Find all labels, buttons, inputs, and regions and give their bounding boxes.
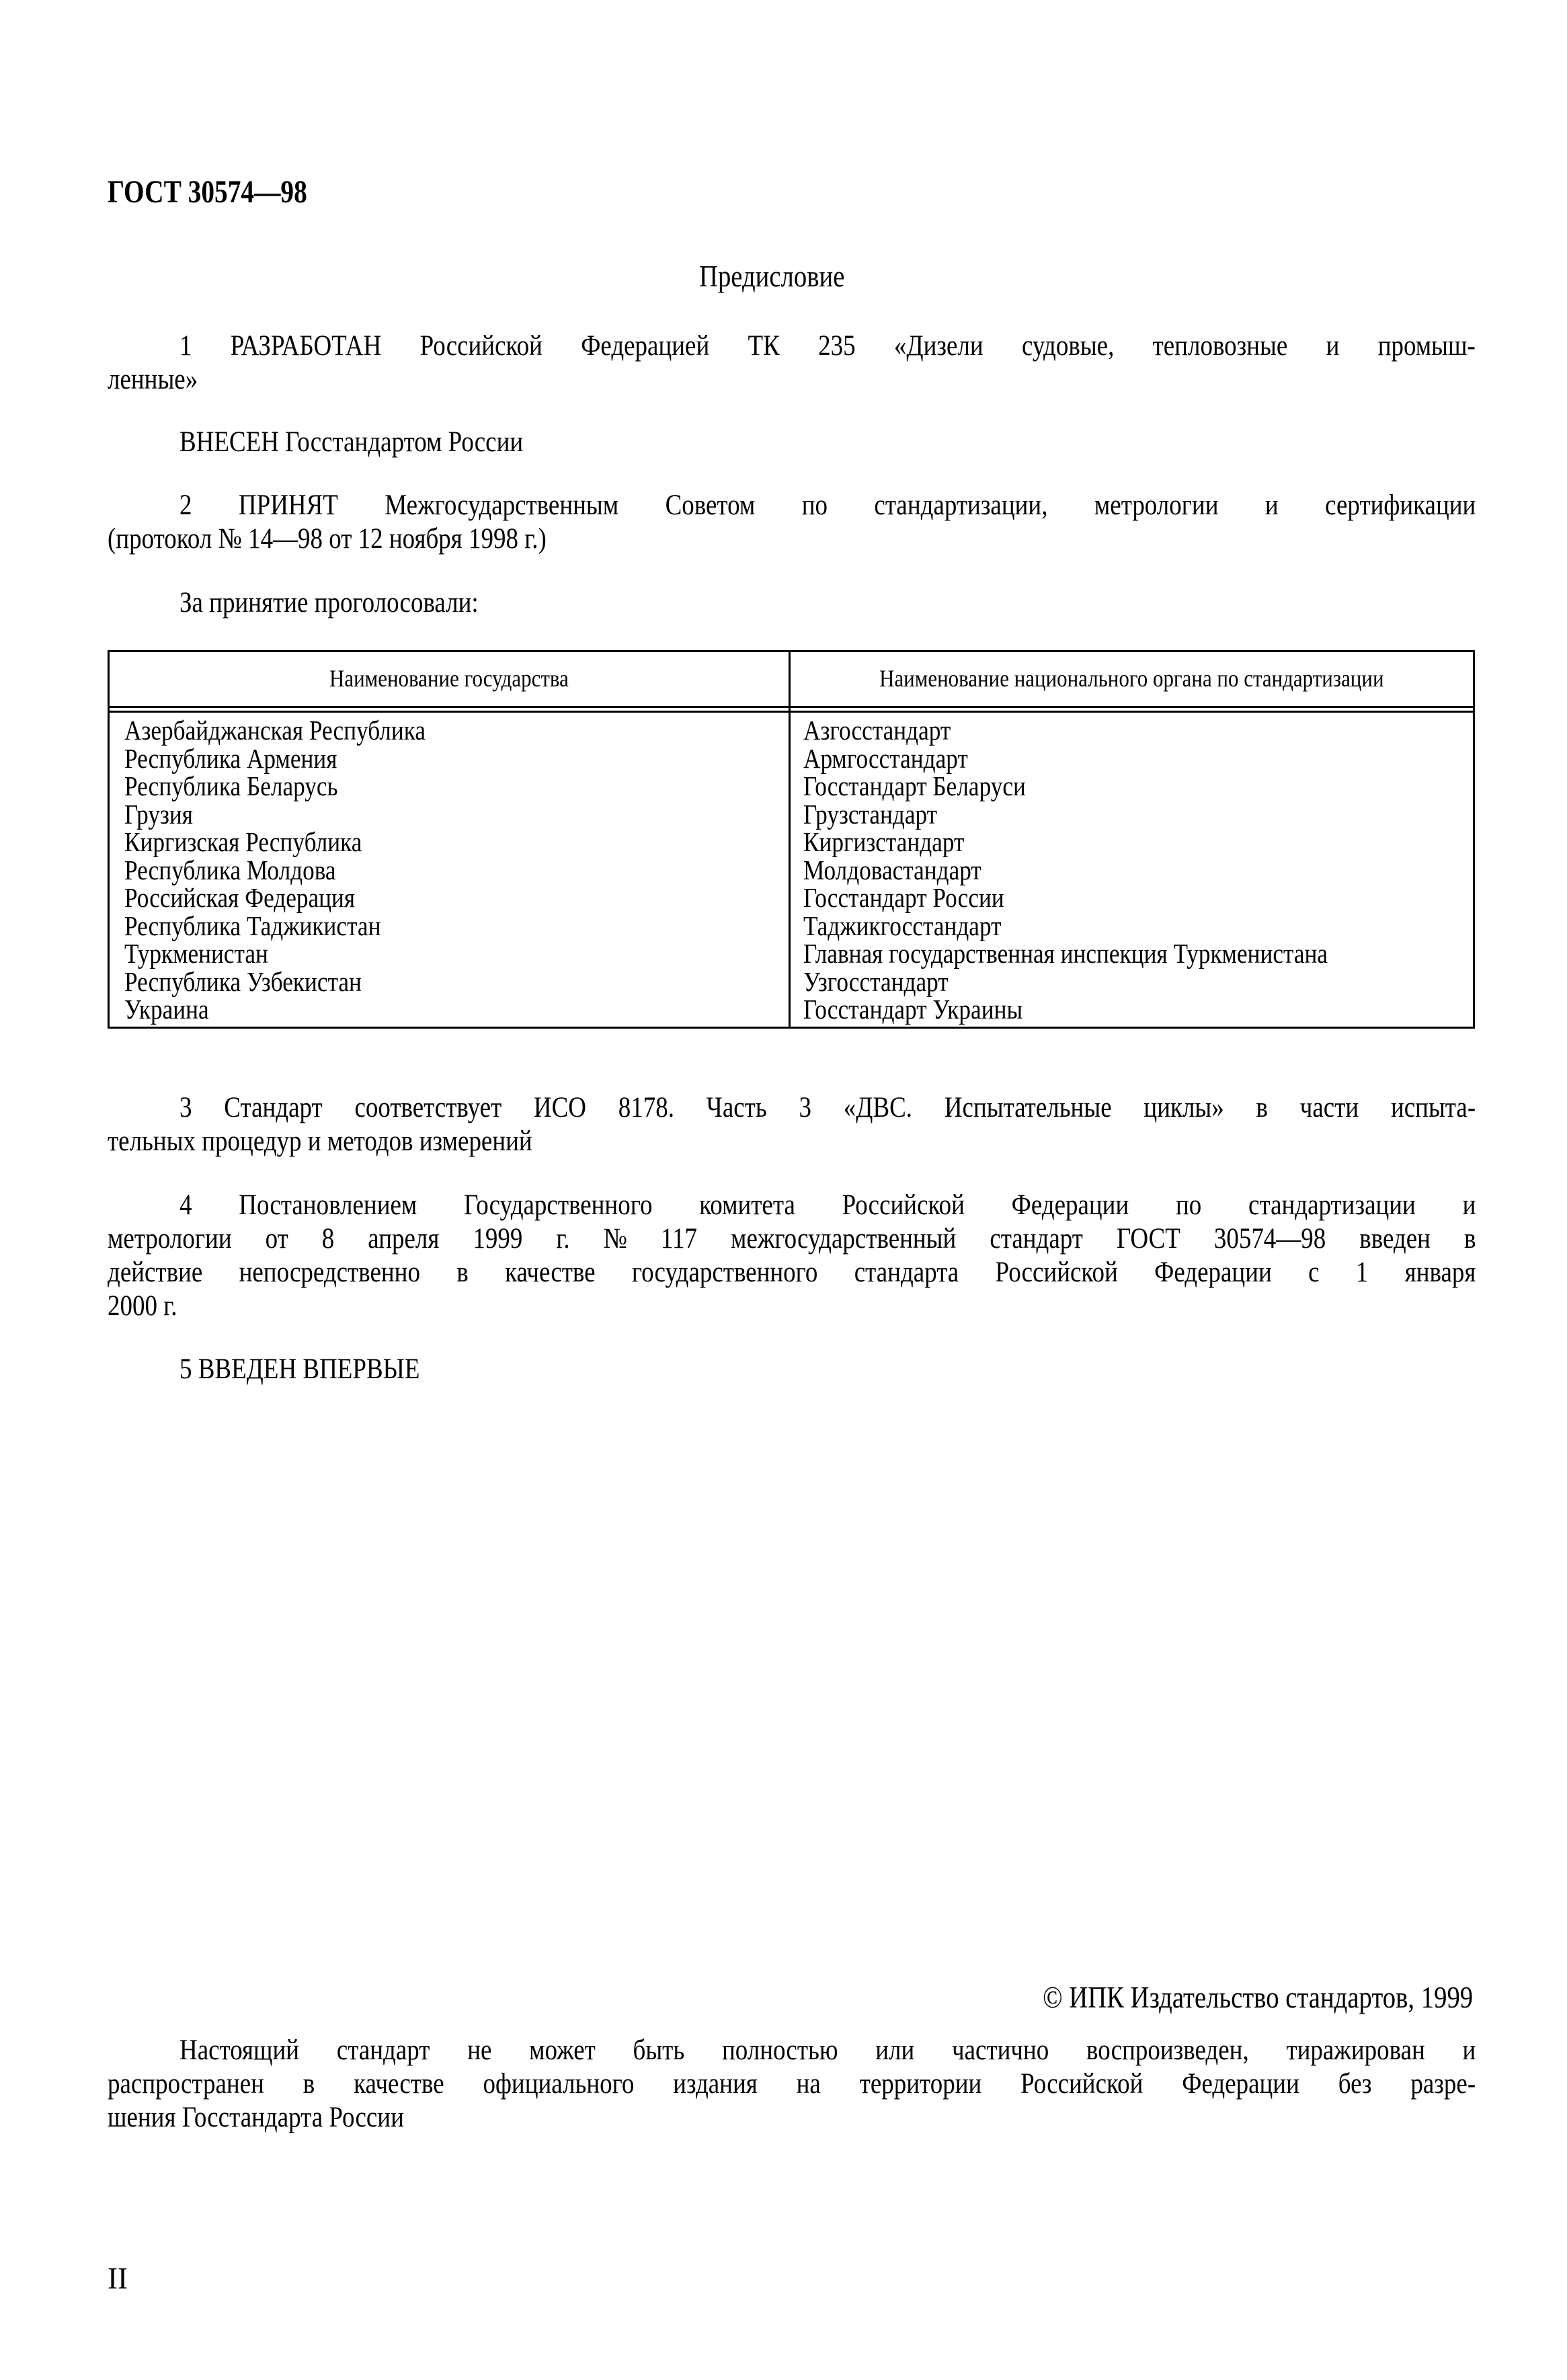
table-cell-standards-body: Армгосстандарт (803, 745, 1328, 773)
standard-code: ГОСТ 30574—98 (108, 173, 307, 210)
para-4-line-2: метрологии от 8 апреля 1999 г. № 117 меж… (108, 1222, 1476, 1256)
table-cell-standards-body: Киргизстандарт (803, 828, 1328, 857)
table-cell-standards-body: Узгосстандарт (803, 968, 1328, 996)
table-cell-state: Республика Молдова (124, 857, 426, 885)
table-cell-state: Грузия (124, 801, 426, 829)
table-cell-state: Азербайджанская Республика (124, 717, 426, 745)
page-number: II (108, 2261, 128, 2296)
table-cell-state: Украина (124, 996, 426, 1024)
table-cell-standards-body: Грузстандарт (803, 801, 1328, 829)
foreword-title: Предисловие (699, 259, 844, 294)
table-header-state: Наименование государства (110, 652, 789, 705)
para-1-submitted: ВНЕСЕН Госстандартом России (108, 426, 1476, 459)
table-cell-standards-body: Азгосстандарт (803, 717, 1328, 745)
table-cell-state: Республика Армения (124, 745, 426, 773)
table-cell-standards-body: Госстандарт Украины (803, 996, 1328, 1024)
table-cell-standards-body: Госстандарт Беларуси (803, 772, 1328, 801)
standards-bodies-column: АзгосстандартАрмгосстандартГосстандарт Б… (803, 717, 1413, 1024)
table-cell-state: Российская Федерация (124, 884, 426, 912)
table-cell-state: Республика Узбекистан (124, 968, 426, 996)
copyright: © ИПК Издательство стандартов, 1999 (1043, 1980, 1473, 2015)
voting-states-table: Наименование государства Наименование на… (108, 650, 1475, 1029)
table-cell-standards-body: Госстандарт России (803, 884, 1328, 912)
table-cell-state: Республика Таджикистан (124, 912, 426, 941)
para-3-line-2: тельных процедур и методов измерений (108, 1125, 1476, 1158)
notice-line-3: шения Госстандарта России (108, 2101, 1476, 2135)
header-divider (110, 711, 1473, 713)
para-4-line-1: 4 Постановлением Государственного комите… (108, 1189, 1476, 1222)
notice-line-2: распространен в качестве официального из… (108, 2067, 1476, 2101)
table-cell-state: Киргизская Республика (124, 828, 426, 857)
table-cell-state: Республика Беларусь (124, 772, 426, 801)
para-4-line-4: 2000 г. (108, 1290, 1476, 1323)
para-2-line-2: (протокол № 14—98 от 12 ноября 1998 г.) (108, 522, 1476, 556)
table-cell-state: Туркменистан (124, 940, 426, 968)
table-cell-standards-body: Таджикгосстандарт (803, 912, 1328, 941)
column-divider (789, 652, 791, 1027)
para-1-line-2: ленные» (108, 363, 1476, 397)
table-cell-standards-body: Главная государственная инспекция Туркме… (803, 940, 1328, 968)
notice-line-1: Настоящий стандарт не может быть полност… (108, 2034, 1476, 2067)
para-1-line-1: 1 РАЗРАБОТАН Российской Федерацией ТК 23… (108, 329, 1476, 363)
table-header-standards-body: Наименование национального органа по ста… (791, 652, 1473, 705)
para-4-line-3: действие непосредственно в качестве госу… (108, 1256, 1476, 1290)
para-5: 5 ВВЕДЕН ВПЕРВЫЕ (108, 1353, 1476, 1386)
table-cell-standards-body: Молдовастандарт (803, 857, 1328, 885)
header-divider (110, 706, 1473, 708)
para-3-line-1: 3 Стандарт соответствует ИСО 8178. Часть… (108, 1091, 1476, 1125)
para-2-line-1: 2 ПРИНЯТ Межгосударственным Советом по с… (108, 489, 1476, 522)
para-2-voted: За принятие проголосовали: (108, 586, 1476, 620)
states-column: Азербайджанская РеспубликаРеспублика Арм… (124, 717, 475, 1024)
